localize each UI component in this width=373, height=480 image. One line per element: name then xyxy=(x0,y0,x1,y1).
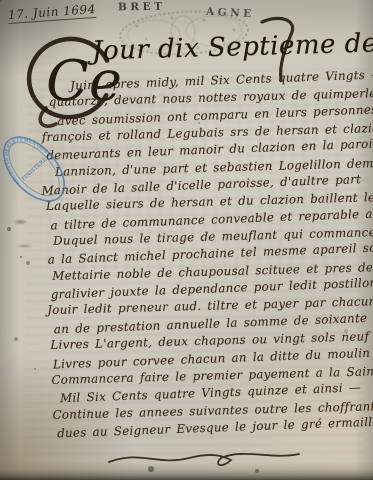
date-annotation: 17. Juin 1694 xyxy=(8,2,97,24)
manuscript-body: Juin, apres midy, mil Six Cents quatre V… xyxy=(36,68,373,442)
paper-specks xyxy=(0,0,2,2)
margin-stain xyxy=(10,210,36,270)
signature-flourish xyxy=(105,446,305,472)
manuscript-page: 17. Juin 1694 BRET AGNE Ce Jour dix Sept… xyxy=(0,0,373,480)
archive-stamp-center-text: FINISTÈRE xyxy=(19,155,48,182)
